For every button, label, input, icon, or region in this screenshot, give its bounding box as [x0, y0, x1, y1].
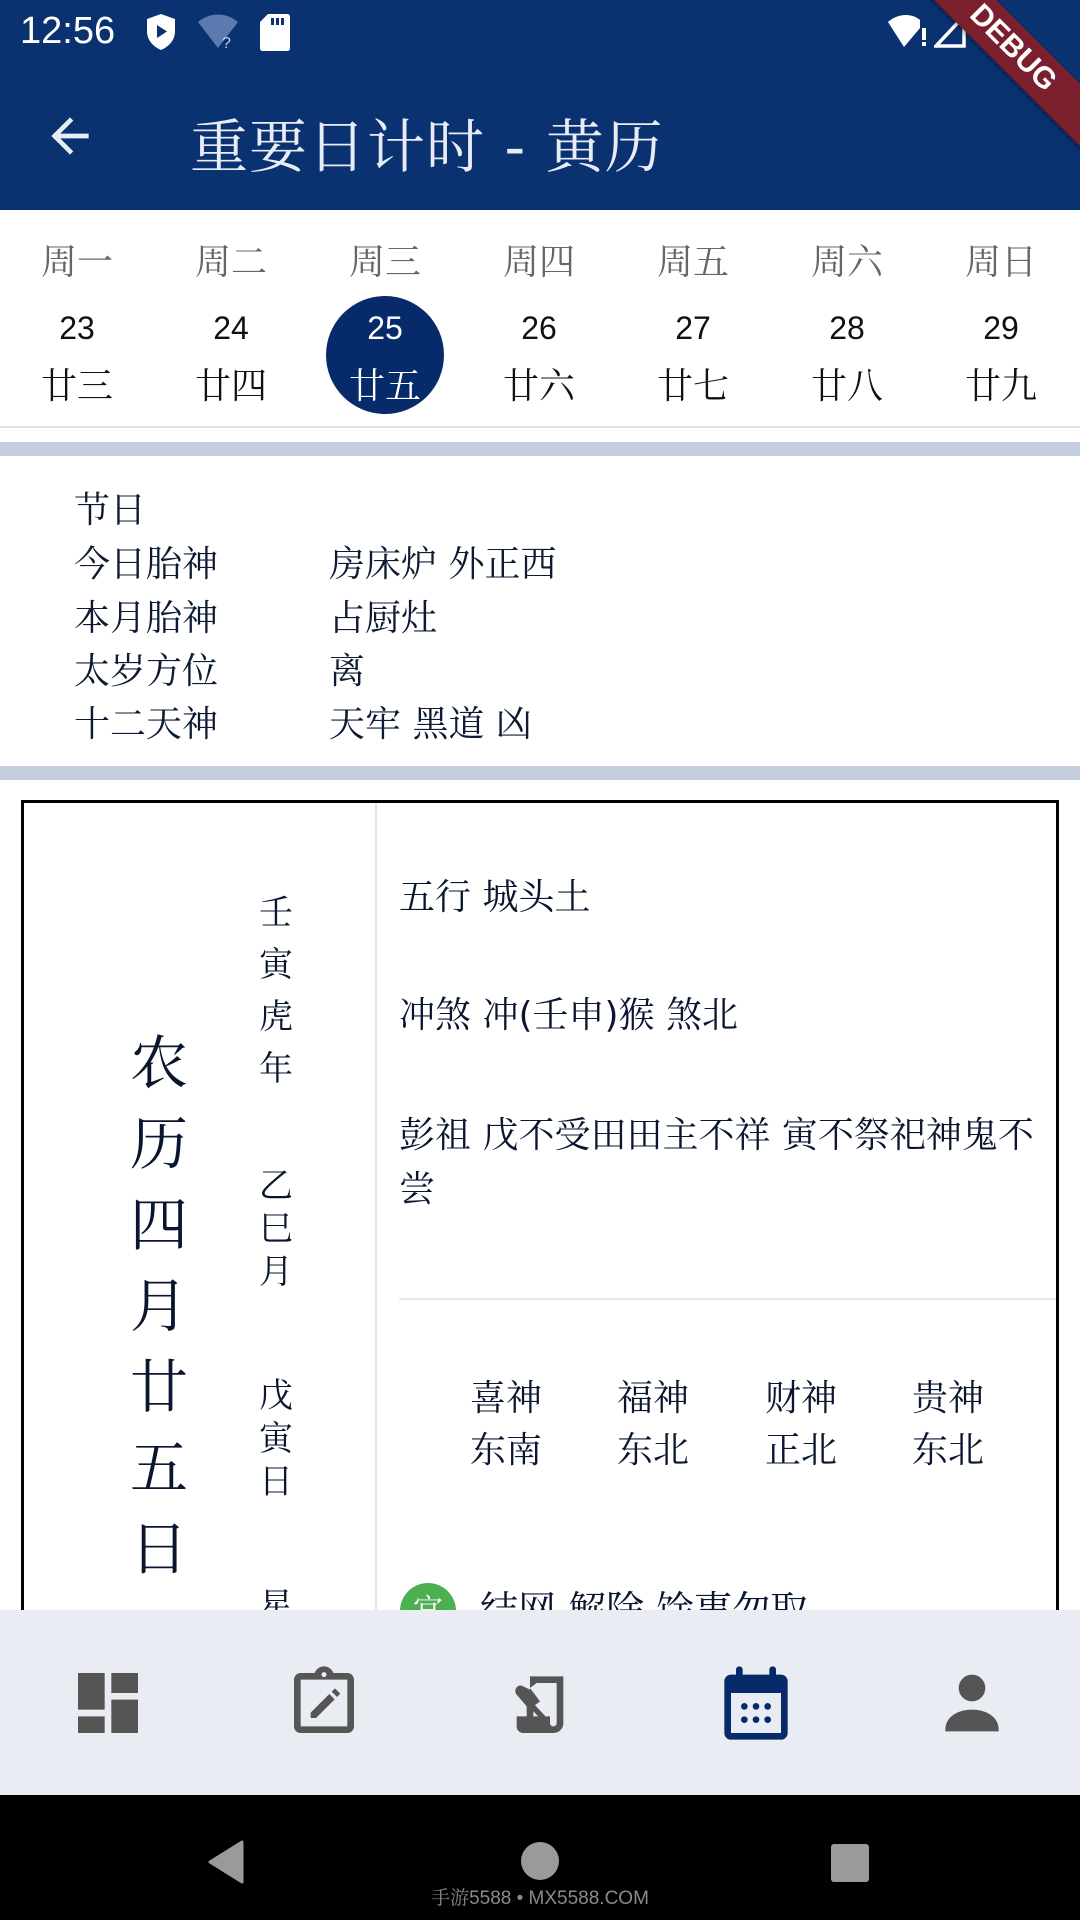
lunar-char: 五 [104, 1428, 214, 1509]
day-ganzhi: 戊 寅 日 [246, 1375, 306, 1504]
god-direction: 东北 [912, 1425, 1032, 1477]
sd-card-icon [258, 12, 292, 56]
wifi-unknown-icon: ? [196, 14, 240, 54]
day-number: 25 [308, 310, 462, 347]
day-number: 24 [154, 310, 308, 347]
pengzu-text-line2: 尝 [399, 1163, 1049, 1217]
calendar-icon [716, 1663, 796, 1743]
status-bar: 12:56 ? [0, 0, 1080, 64]
ganzhi-char: 巳 [246, 1208, 306, 1251]
lunar-date-vertical: 农 历 四 月 廿 五 日 [104, 1023, 214, 1590]
ganzhi-char: 月 [246, 1251, 306, 1294]
nav-calendar[interactable] [648, 1610, 864, 1795]
day-number: 28 [770, 310, 924, 347]
svg-text:?: ? [222, 35, 231, 50]
weekday-label: 周日 [924, 234, 1078, 285]
info-value: 占厨灶 [329, 590, 437, 641]
god-direction: 正北 [765, 1425, 885, 1477]
weekday-label: 周二 [154, 234, 308, 285]
day-cell[interactable]: 周二 24 廿四 [154, 210, 308, 428]
day-cell[interactable]: 周四 26 廿六 [462, 210, 616, 428]
play-protect-icon [144, 12, 178, 56]
system-navigation-bar: 手游5588 • MX5588.COM [0, 1795, 1080, 1920]
info-value: 房床炉 外正西 [329, 536, 556, 587]
column-divider [375, 803, 377, 1620]
day-number: 26 [462, 310, 616, 347]
recents-square-icon[interactable] [830, 1843, 870, 1887]
section-divider [0, 766, 1080, 780]
day-cell[interactable]: 周日 29 廿九 [924, 210, 1078, 428]
day-cell[interactable]: 周六 28 廿八 [770, 210, 924, 428]
lunar-char: 日 [104, 1509, 214, 1590]
weekday-label: 周六 [770, 234, 924, 285]
day-cell-selected[interactable]: 周三 25 廿五 [308, 210, 462, 428]
nav-history[interactable] [432, 1610, 648, 1795]
watermark-text: 手游5588 • MX5588.COM [0, 1883, 1080, 1910]
info-label: 本月胎神 [74, 590, 218, 641]
clipboard-edit-icon [284, 1663, 364, 1743]
pengzu-text-line1: 彭祖 戊不受田田主不祥 寅不祭祀神鬼不 [399, 1109, 1049, 1163]
lunar-day: 廿三 [0, 358, 154, 409]
lunar-day: 廿五 [308, 358, 462, 409]
bottom-navigation [0, 1610, 1080, 1795]
lunar-char: 历 [104, 1104, 214, 1185]
lunar-char: 农 [104, 1023, 214, 1104]
section-divider [0, 442, 1080, 456]
details-divider [399, 1298, 1059, 1300]
month-ganzhi: 乙 巳 月 [246, 1165, 306, 1294]
lunar-day: 廿八 [770, 358, 924, 409]
nav-profile[interactable] [864, 1610, 1080, 1795]
day-number: 27 [616, 310, 770, 347]
week-strip: 周一 23 廿三 周二 24 廿四 周三 25 廿五 周四 26 廿六 周五 2… [0, 210, 1080, 428]
lunar-day: 廿九 [924, 358, 1078, 409]
nav-records[interactable] [216, 1610, 432, 1795]
info-value: 离 [329, 643, 365, 694]
lunar-day: 廿四 [154, 358, 308, 409]
ganzhi-char: 戊 [246, 1375, 306, 1418]
lunar-char: 月 [104, 1266, 214, 1347]
back-button[interactable] [42, 108, 102, 164]
app-header: 12:56 ? 重要日计时 - 黄历 [0, 0, 1080, 210]
day-number: 23 [0, 310, 154, 347]
ganzhi-char: 壬 [246, 887, 306, 939]
quill-scroll-icon [500, 1663, 580, 1743]
weekday-label: 周四 [462, 234, 616, 285]
day-number: 29 [924, 310, 1078, 347]
info-value: 天牢 黑道 凶 [329, 696, 532, 747]
lunar-day: 廿七 [616, 358, 770, 409]
god-name: 喜神 [470, 1373, 590, 1425]
person-icon [932, 1663, 1012, 1743]
god-name: 财神 [765, 1373, 885, 1425]
wuxing-text: 五行 城头土 [399, 871, 1049, 925]
info-label: 太岁方位 [74, 643, 218, 694]
day-cell[interactable]: 周五 27 廿七 [616, 210, 770, 428]
wifi-alert-icon [888, 14, 928, 52]
lunar-day: 廿六 [462, 358, 616, 409]
god-name: 福神 [617, 1373, 737, 1425]
god-direction: 东南 [470, 1425, 590, 1477]
lunar-char: 廿 [104, 1347, 214, 1428]
status-time: 12:56 [20, 10, 115, 53]
god-xishen: 喜神 东南 [470, 1373, 590, 1477]
dashboard-icon [68, 1663, 148, 1743]
ganzhi-char: 日 [246, 1461, 306, 1504]
info-label: 节日 [74, 482, 146, 533]
info-label: 十二天神 [74, 696, 218, 747]
home-circle-icon[interactable] [520, 1840, 560, 1886]
weekday-label: 周三 [308, 234, 462, 285]
day-cell[interactable]: 周一 23 廿三 [0, 210, 154, 428]
ganzhi-char: 寅 [246, 1418, 306, 1461]
info-label: 今日胎神 [74, 536, 218, 587]
ganzhi-char: 寅 [246, 939, 306, 991]
ganzhi-char: 年 [246, 1043, 306, 1095]
god-caishen: 财神 正北 [765, 1373, 885, 1477]
lunar-char: 四 [104, 1185, 214, 1266]
almanac-card: 农 历 四 月 廿 五 日 壬 寅 虎 年 乙 巳 月 戊 寅 日 星 五行 城… [21, 800, 1059, 1620]
nav-dashboard[interactable] [0, 1610, 216, 1795]
ganzhi-char: 虎 [246, 991, 306, 1043]
ganzhi-char: 乙 [246, 1165, 306, 1208]
arrow-back-icon [42, 108, 98, 164]
page-title: 重要日计时 - 黄历 [190, 100, 664, 184]
weekday-label: 周五 [616, 234, 770, 285]
back-triangle-icon[interactable] [206, 1840, 246, 1888]
year-ganzhi: 壬 寅 虎 年 [246, 887, 306, 1095]
god-guishen: 贵神 东北 [912, 1373, 1032, 1477]
god-name: 贵神 [912, 1373, 1032, 1425]
weekday-label: 周一 [0, 234, 154, 285]
god-fushen: 福神 东北 [617, 1373, 737, 1477]
god-direction: 东北 [617, 1425, 737, 1477]
info-section: 节日 今日胎神 房床炉 外正西 本月胎神 占厨灶 太岁方位 离 十二天神 天牢 … [0, 456, 1080, 766]
chongsha-text: 冲煞 冲(壬申)猴 煞北 [399, 989, 1049, 1043]
